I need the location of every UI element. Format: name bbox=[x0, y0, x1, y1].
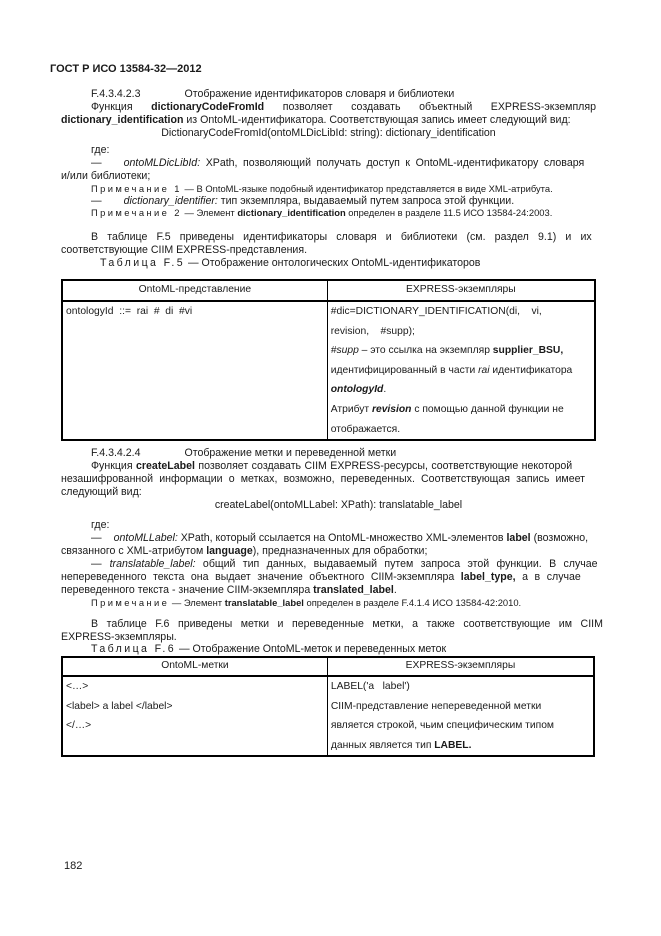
entity-name: translatable_label bbox=[225, 597, 304, 608]
table-f5-cell-express: #dic=DICTIONARY_IDENTIFICATION(di, vi, r… bbox=[327, 301, 595, 440]
text: Функция bbox=[91, 460, 136, 472]
attribute-name: language bbox=[206, 545, 253, 557]
signature-text: DictionaryCodeFromId(ontoMLDicLibId: str… bbox=[161, 127, 495, 139]
cell-line: данных является тип LABEL. bbox=[331, 736, 590, 756]
table-f6-header-express: EXPRESS-экземпляры bbox=[327, 657, 594, 676]
text: . bbox=[394, 584, 397, 596]
definition-item-1: —ontoMLLabel: XPath, который ссылается н… bbox=[91, 532, 588, 545]
text: а в случае bbox=[516, 571, 581, 583]
table-f5-cell-ontoml: ontologyId ::= rai # di #vi bbox=[62, 301, 327, 440]
page-number: 182 bbox=[64, 860, 82, 873]
table-f6: OntoML-метки EXPRESS-экземпляры <…> <lab… bbox=[61, 656, 595, 757]
table-f6-header-ontoml: OntoML-метки bbox=[62, 657, 327, 676]
where-label: где: bbox=[91, 144, 109, 157]
cell-line: revision, #supp); bbox=[331, 322, 591, 342]
text: . bbox=[383, 384, 386, 395]
cell-line: является строкой, чьим специфическим тип… bbox=[331, 716, 590, 736]
caption-label: Таблица F.5 bbox=[100, 257, 185, 269]
table-f6-intro-line1: В таблице F.6 приведены метки и переведе… bbox=[91, 618, 603, 631]
cell-line: Атрибут revision с помощью данной функци… bbox=[331, 400, 591, 420]
definition-text: тип экземпляра, выдаваемый путем запроса… bbox=[218, 195, 514, 207]
term: dictionary_identifier: bbox=[124, 195, 218, 207]
definition-text: XPath, позволяющий получать доступ к Ont… bbox=[200, 157, 584, 169]
note-2: Примечание 2 — Элемент dictionary_identi… bbox=[91, 207, 552, 220]
dash: — bbox=[91, 558, 102, 570]
cell-line: <label> a label </label> bbox=[66, 697, 324, 717]
text: идентифицированный в части bbox=[331, 365, 478, 376]
caption-label: Таблица F.6 bbox=[91, 643, 176, 655]
signature-dictionary-code: DictionaryCodeFromId(ontoMLDicLibId: str… bbox=[0, 127, 661, 140]
definition-item-1: —ontoMLDicLibId: XPath, позволяющий полу… bbox=[91, 157, 596, 170]
section-number: F.4.3.4.2.3 bbox=[91, 88, 140, 100]
note-1: Примечание 1 — В OntoML-языке подобный и… bbox=[91, 183, 553, 196]
table-f6-caption: Таблица F.6 — Отображение OntoML-меток и… bbox=[91, 643, 446, 656]
attribute-name: revision bbox=[372, 404, 412, 415]
text: связанного с XML-атрибутом bbox=[61, 545, 206, 557]
entity-name: dictionary_identification bbox=[61, 114, 183, 126]
table-f5-header-express: EXPRESS-экземпляры bbox=[327, 280, 595, 301]
cell-line: <…> bbox=[66, 677, 324, 697]
term: ontoMLDicLibId: bbox=[124, 157, 201, 169]
signature-create-label: createLabel(ontoMLLabel: XPath): transla… bbox=[0, 499, 661, 512]
paragraph-dictionary-code-line2: dictionary_identification из OntoML-иден… bbox=[61, 114, 571, 127]
section-heading-f43423: F.4.3.4.2.3Отображение идентификаторов с… bbox=[91, 88, 454, 101]
dash: — bbox=[91, 532, 102, 544]
word: EXPRESS-экземпляр bbox=[491, 101, 596, 114]
table-row: <…> <label> a label </label> </…> LABEL(… bbox=[62, 676, 594, 756]
text: переведенного текста - значение CIIM-экз… bbox=[61, 584, 313, 596]
type-name: LABEL. bbox=[434, 740, 471, 751]
cell-line: #dic=DICTIONARY_IDENTIFICATION(di, vi, bbox=[331, 302, 591, 322]
section-number: F.4.3.4.2.4 bbox=[91, 447, 140, 459]
document-header-standard: ГОСТ Р ИСО 13584-32—2012 bbox=[50, 63, 202, 76]
paragraph-create-label-line3: следующий вид: bbox=[61, 486, 142, 499]
dash: — bbox=[91, 157, 102, 169]
cell-line: #supp – это ссылка на экземпляр supplier… bbox=[331, 341, 591, 361]
cell-line: идентифицированный в части rai идентифик… bbox=[331, 361, 591, 381]
caption-text: — Отображение онтологических OntoML-иден… bbox=[185, 257, 480, 269]
paragraph-dictionary-code-line1: Функция dictionaryCodeFromId позволяет с… bbox=[91, 101, 596, 114]
section-title: Отображение метки и переведенной метки bbox=[184, 447, 396, 459]
table-row: ontologyId ::= rai # di #vi #dic=DICTION… bbox=[62, 301, 595, 440]
text: XPath, который ссылается на OntoML-множе… bbox=[178, 532, 507, 544]
table-f5-caption: Таблица F.5 — Отображение онтологических… bbox=[100, 257, 480, 270]
note-text: — Элемент bbox=[182, 207, 237, 218]
function-name: dictionaryCodeFromId bbox=[151, 101, 264, 114]
text: (возможно, bbox=[531, 532, 588, 544]
caption-text: — Отображение OntoML-меток и переведенны… bbox=[176, 643, 446, 655]
table-f6-cell-ontoml: <…> <label> a label </label> </…> bbox=[62, 676, 327, 756]
word: Функция bbox=[91, 101, 133, 114]
cell-line: ontologyId. bbox=[331, 380, 591, 400]
note: Примечание — Элемент translatable_label … bbox=[91, 597, 521, 610]
function-name: createLabel bbox=[136, 460, 195, 472]
note-text: — В OntoML-языке подобный идентификатор … bbox=[182, 183, 553, 194]
signature-text: createLabel(ontoMLLabel: XPath): transla… bbox=[215, 499, 462, 511]
where-label: где: bbox=[91, 519, 109, 532]
cell-line: CIIM-представление непереведенной метки bbox=[331, 697, 590, 717]
text: непереведенного текста она выдает значен… bbox=[61, 571, 461, 583]
note-text: определен в разделе F.4.1.4 ИСО 13584-42… bbox=[304, 597, 521, 608]
entity-name: supplier_BSU, bbox=[493, 345, 563, 356]
cell-line: отображается. bbox=[331, 420, 591, 440]
note-text: — Элемент bbox=[169, 597, 224, 608]
table-f5-intro-line2: соответствующие CIIM EXPRESS-представлен… bbox=[61, 244, 307, 257]
section-heading-f43424: F.4.3.4.2.4Отображение метки и переведен… bbox=[91, 447, 396, 460]
text: – это ссылка на экземпляр bbox=[359, 345, 493, 356]
entity-name: dictionary_identification bbox=[237, 207, 345, 218]
cell-text: ontologyId ::= rai # di #vi bbox=[66, 302, 324, 322]
text: из OntoML-идентификатора. Соответствующа… bbox=[183, 114, 570, 126]
cell-line: </…> bbox=[66, 716, 324, 736]
note-label: Примечание 2 bbox=[91, 207, 182, 218]
text: ), предназначенных для обработки; bbox=[253, 545, 428, 557]
word: позволяет bbox=[283, 101, 333, 114]
definition-item-1-cont: связанного с XML-атрибутом language), пр… bbox=[61, 545, 427, 558]
text: Атрибут bbox=[331, 404, 372, 415]
definition-item-2-cont2: переведенного текста - значение CIIM-экз… bbox=[61, 584, 397, 597]
section-title: Отображение идентификаторов словаря и би… bbox=[184, 88, 454, 100]
note-label: Примечание 1 bbox=[91, 183, 182, 194]
definition-item-2: —dictionary_identifier: тип экземпляра, … bbox=[91, 195, 514, 208]
entity-name: label_type, bbox=[461, 571, 516, 583]
table-f6-cell-express: LABEL('a label') CIIM-представление непе… bbox=[327, 676, 594, 756]
definition-item-1-cont: и/или библиотеки; bbox=[61, 170, 150, 183]
element-name: label bbox=[506, 532, 530, 544]
paragraph-create-label-line2: незашифрованной информации о метках, воз… bbox=[61, 473, 585, 486]
definition-item-2: —translatable_label: общий тип данных, в… bbox=[91, 558, 598, 571]
var-name: rai bbox=[478, 365, 489, 376]
term: ontoMLLabel: bbox=[114, 532, 178, 544]
table-f5-intro-line1: В таблице F.5 приведены идентификаторы с… bbox=[91, 231, 592, 244]
text: с помощью данной функции не bbox=[411, 404, 563, 415]
note-label: Примечание bbox=[91, 597, 169, 608]
paragraph-create-label-line1: Функция createLabel позволяет создавать … bbox=[91, 460, 572, 473]
term: translatable_label: bbox=[110, 558, 196, 570]
table-f5-header-ontoml: OntoML-представление bbox=[62, 280, 327, 301]
text: общий тип данных, выдаваемый путем запро… bbox=[196, 558, 598, 570]
definition-item-2-cont: непереведенного текста она выдает значен… bbox=[61, 571, 581, 584]
cell-line: LABEL('a label') bbox=[331, 677, 590, 697]
note-text: определен в разделе 11.5 ИСО 13584-24:20… bbox=[346, 207, 553, 218]
entity-name: ontologyId bbox=[331, 384, 384, 395]
var-name: #supp bbox=[331, 345, 359, 356]
text: данных является тип bbox=[331, 740, 434, 751]
entity-name: translated_label bbox=[313, 584, 394, 596]
word: создавать bbox=[351, 101, 400, 114]
dash: — bbox=[91, 195, 102, 207]
text: идентификатора bbox=[490, 365, 573, 376]
word: объектный bbox=[419, 101, 472, 114]
text: позволяет создавать CIIM EXPRESS-ресурсы… bbox=[195, 460, 572, 472]
table-f6-intro-line2: EXPRESS-экземпляры. bbox=[61, 631, 177, 644]
table-f5: OntoML-представление EXPRESS-экземпляры … bbox=[61, 279, 596, 441]
